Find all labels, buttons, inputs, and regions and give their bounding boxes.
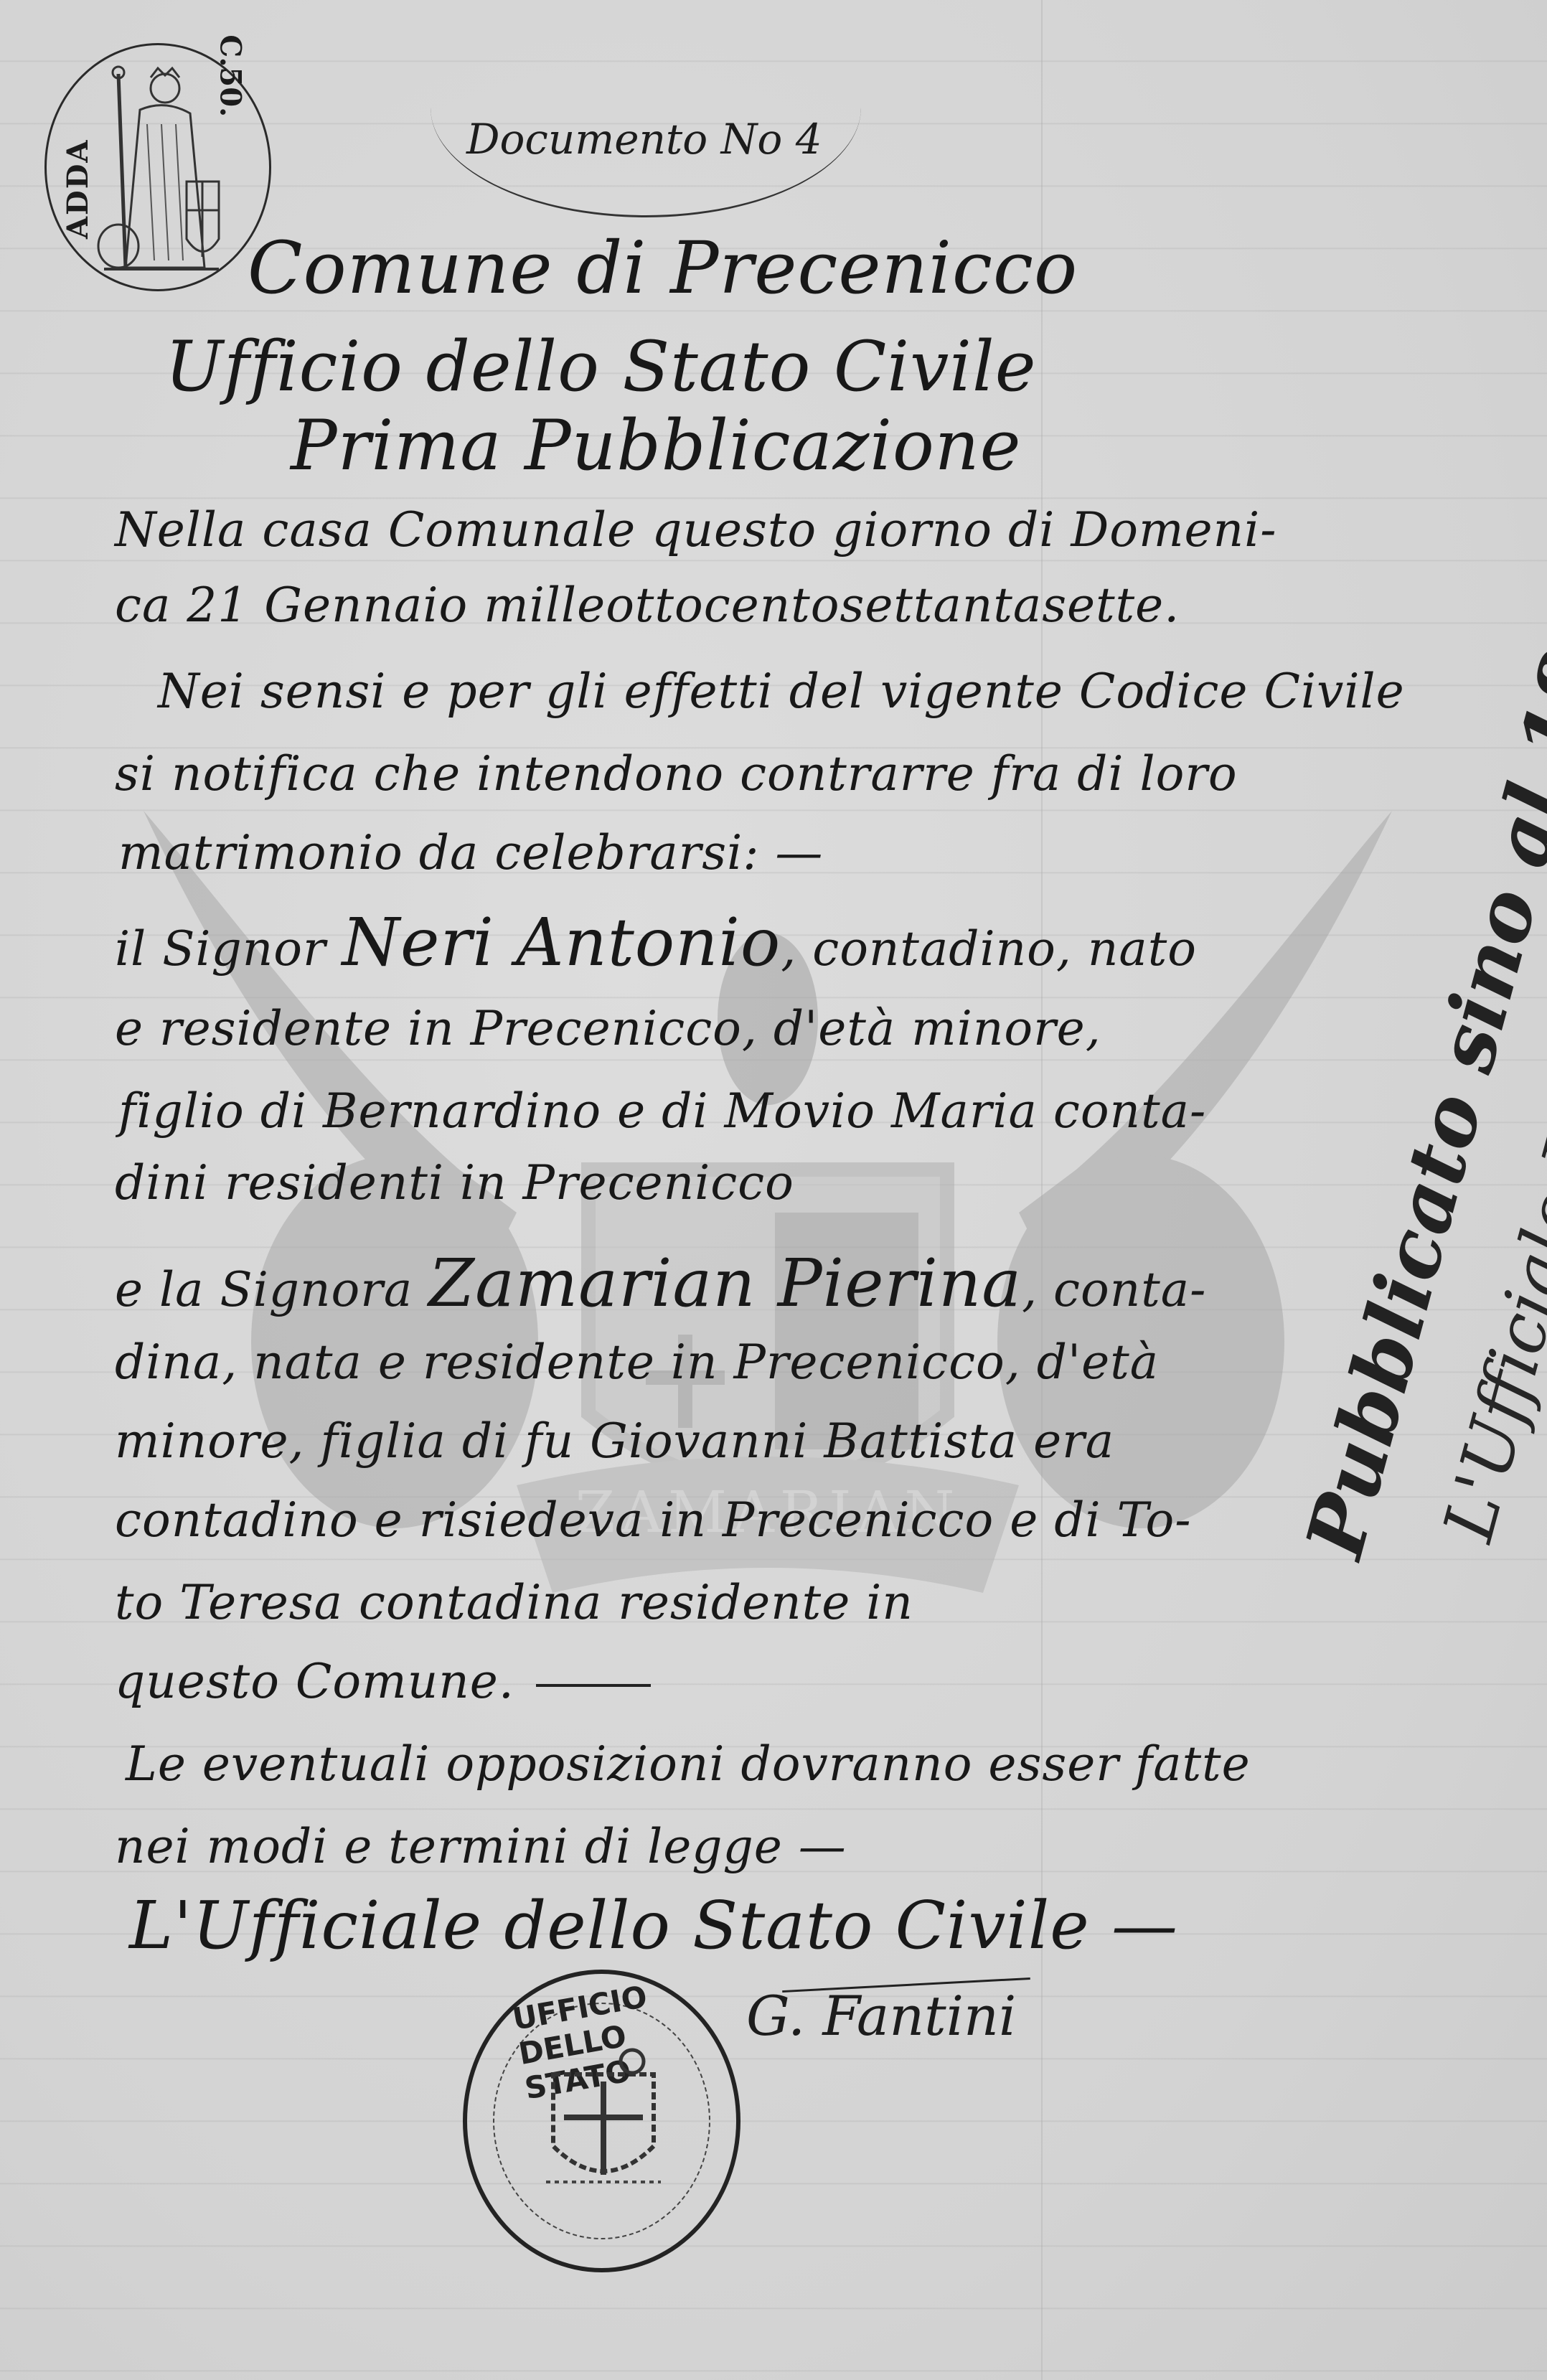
closing-line-2: nei modi e termini di legge — <box>115 1819 847 1874</box>
bride-line-2: dina, nata e residente in Precenicco, d'… <box>115 1335 1159 1390</box>
line-dash <box>536 1684 651 1687</box>
body-line-2: ca 21 Gennaio milleottocentosettantasett… <box>115 578 1180 633</box>
groom-prefix: il Signor <box>115 921 326 977</box>
officer-title: L'Ufficiale dello Stato Civile — <box>129 1887 1178 1964</box>
groom-line-2: e residente in Precenicco, d'età minore, <box>115 1001 1101 1056</box>
officer-signature: G. Fantini <box>746 1984 1016 2048</box>
body-line-3: Nei sensi e per gli effetti del vigente … <box>158 664 1405 719</box>
paper-fold-line <box>1041 0 1043 2380</box>
revenue-stamp: ADDA C.50. <box>44 43 271 291</box>
royal-crest-icon <box>532 2046 675 2196</box>
body-line-1: Nella casa Comunale questo giorno di Dom… <box>115 502 1277 558</box>
header-ufficio: Ufficio dello Stato Civile <box>165 326 1037 407</box>
bride-line-4: contadino e risiedeva in Precenicco e di… <box>115 1492 1192 1548</box>
header-comune: Comune di Precenicco <box>248 226 1078 310</box>
groom-suffix: , contadino, nato <box>781 921 1197 977</box>
bride-name: Zamarian Pierina <box>428 1245 1022 1322</box>
bride-line: e la Signora Zamarian Pierina, conta- <box>115 1245 1206 1322</box>
body-line-4: si notifica che intendono contrarre fra … <box>115 746 1238 801</box>
document-page: ZAMARIAN ADDA C.50. Documento No 4 Comun… <box>0 0 1547 2380</box>
closing-line-1: Le eventuali opposizioni dovranno esser … <box>126 1736 1251 1792</box>
document-reference: Documento No 4 <box>431 108 861 217</box>
official-stamp: UFFICIO DELLO STATO <box>463 1970 740 2272</box>
document-reference-text: Documento No 4 <box>466 115 822 164</box>
groom-name: Neri Antonio <box>342 904 781 981</box>
groom-line: il Signor Neri Antonio, contadino, nato <box>115 904 1197 981</box>
groom-line-4: dini residenti in Precenicco <box>115 1155 794 1210</box>
bride-line-3: minore, figlia di fu Giovanni Battista e… <box>115 1414 1114 1469</box>
revenue-stamp-left-text: ADDA <box>61 139 95 239</box>
groom-line-3: figlio di Bernardino e di Movio Maria co… <box>118 1083 1206 1139</box>
bride-line-5: to Teresa contadina residente in <box>115 1575 913 1630</box>
bride-line-6-text: questo Comune. <box>115 1654 514 1709</box>
header-pubblicazione: Prima Pubblicazione <box>291 405 1021 486</box>
body-line-5: matrimonio da celebrarsi: — <box>118 825 823 880</box>
bride-line-6: questo Comune. <box>115 1654 651 1709</box>
bride-suffix: , conta- <box>1022 1262 1206 1317</box>
italia-turrita-figure-icon <box>97 60 226 275</box>
bride-prefix: e la Signora <box>115 1262 413 1317</box>
